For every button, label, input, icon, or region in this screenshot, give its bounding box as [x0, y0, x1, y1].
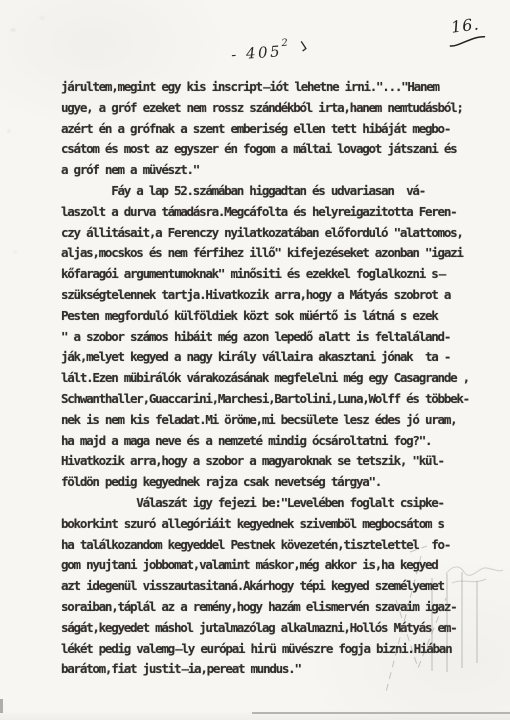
- typed-line: Schwanthaller,Guaccarini,Marchesi,Bartol…: [61, 389, 469, 410]
- correction-superscript: 2: [281, 38, 288, 49]
- typed-line: ugye, a gróf ezeket nem rossz szándékból…: [61, 98, 469, 119]
- typed-text-block: járultem,megint egy kis inscript̶iót leh…: [61, 77, 469, 680]
- typed-line: lált.Ezen mübirálók várakozásának megfel…: [61, 368, 469, 389]
- typed-line: laszolt a durva támadásra.Megcáfolta és …: [61, 202, 469, 223]
- typed-line: földön pedig kegyednek rajza csak nevets…: [61, 472, 469, 493]
- typed-line: nek is nem kis feladat.Mi öröme,mi becsü…: [61, 410, 469, 431]
- typed-line: Pesten megforduló külföldiek közt sok mü…: [61, 306, 469, 327]
- typed-line: bokorkint szuró allegóriáit kegyednek sz…: [61, 514, 469, 535]
- typed-line: barátom,fiat justit̶ia,pereat mundus.": [61, 659, 469, 680]
- typed-line: azt idegenül visszautasitaná.Akárhogy té…: [61, 576, 469, 597]
- typed-line: csátom és most az egyszer én fogom a mál…: [61, 139, 469, 160]
- typed-line: ha találkozandom kegyeddel Pestnek kövez…: [61, 535, 469, 556]
- typed-line: Hivatkozik arra,hogy a szobor a magyarok…: [61, 451, 469, 472]
- typed-line: gom nyujtani jobbomat,valamint máskor,mé…: [61, 555, 469, 576]
- typed-line: aljas,mocskos és nem férfihez illő" kife…: [61, 243, 469, 264]
- typed-line: azért én a grófnak a szent emberiség ell…: [61, 119, 469, 140]
- scan-edge-mark-left: [0, 699, 3, 713]
- typed-line: Válaszát igy fejezi be:"Levelében foglal…: [61, 493, 469, 514]
- correction-text: - 405: [231, 42, 283, 64]
- typed-line: czy állitásait,a Ferenczy nyilatkozatába…: [61, 223, 469, 244]
- scanned-typewritten-page: 16. - 4052 járultem,megint egy kis inscr…: [0, 0, 510, 720]
- pen-tail-mark: [298, 38, 309, 53]
- typed-line: " a szobor számos hibáit még azon lepedő…: [61, 327, 469, 348]
- handwritten-page-number: 16.: [450, 14, 481, 36]
- handwritten-number-correction: - 4052: [230, 38, 309, 63]
- page-number-underline-stroke: [447, 28, 489, 49]
- typed-line: ságát,kegyedet máshol jutalmazólag alkal…: [61, 618, 469, 639]
- typed-line: soraiban,táplál az a remény,hogy hazám e…: [61, 597, 469, 618]
- typed-line: lékét pedig valemg̶ly európai hirü müvés…: [61, 639, 469, 660]
- scan-edge-line-bottom: [252, 712, 510, 714]
- typed-line: járultem,megint egy kis inscript̶iót leh…: [61, 77, 469, 98]
- typed-line: kőfaragói argumentumoknak" minősiti és e…: [61, 264, 469, 285]
- typed-line: a gróf nem a müvészt.": [61, 160, 469, 181]
- typed-line: szükségtelennek tartja.Hivatkozik arra,h…: [61, 285, 469, 306]
- typed-line: ják,melyet kegyed a nagy király vállaira…: [61, 347, 469, 368]
- typed-line: ha majd a maga neve és a nemzeté mindig …: [61, 431, 469, 452]
- typed-line: Fáy a lap 52.számában higgadtan és udvar…: [61, 181, 469, 202]
